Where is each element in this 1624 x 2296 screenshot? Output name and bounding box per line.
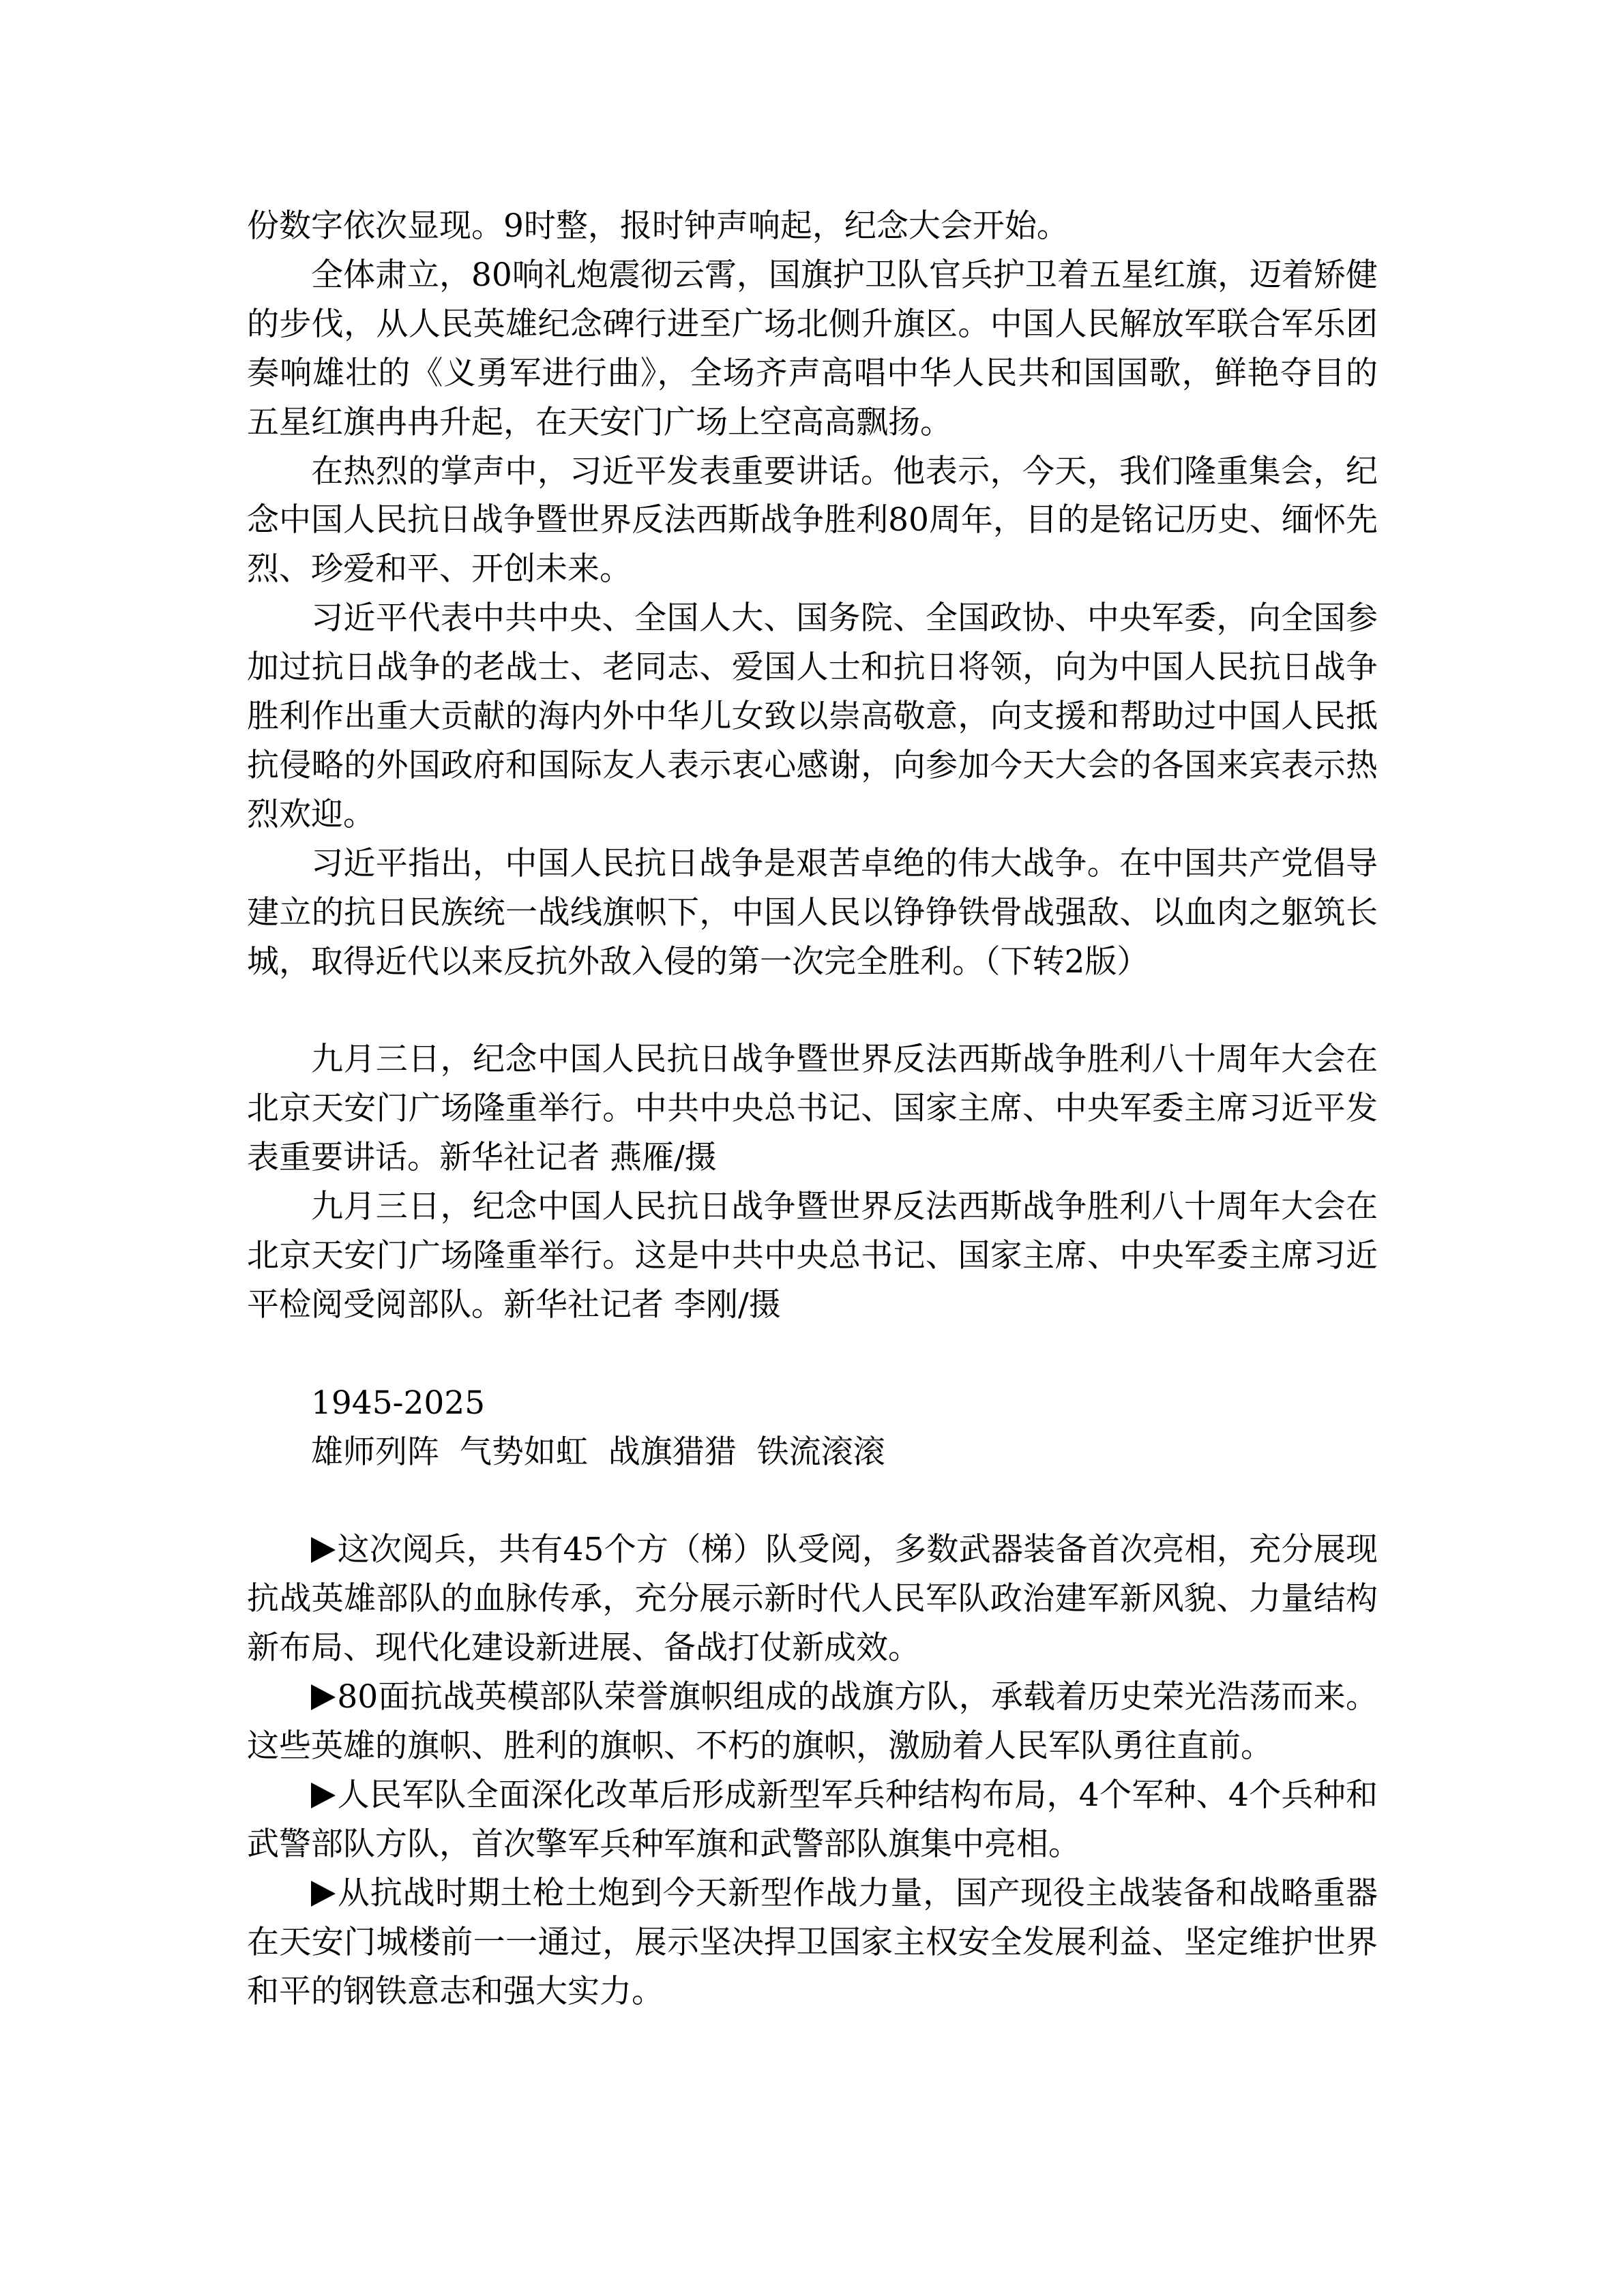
bullet-text: 80面抗战英模部队荣誉旗帜组成的战旗方队，承载着历史荣光浩荡而来。这些英雄的旗帜… <box>247 1678 1378 1765</box>
spacer <box>247 1330 1378 1379</box>
photo-captions: 九月三日，纪念中国人民抗日战争暨世界反法西斯战争胜利八十周年大会在北京天安门广场… <box>247 1035 1378 1329</box>
bullet-text: 从抗战时期土枪土炮到今天新型作战力量，国产现役主战装备和战略重器在天安门城楼前一… <box>247 1875 1378 2010</box>
parade-section: 1945-2025 雄师列阵 气势如虹 战旗猎猎 铁流滚滚 这次阅兵，共有45个… <box>247 1379 1378 2016</box>
article-paragraph: 习近平代表中共中央、全国人大、国务院、全国政协、中央军委，向全国参加过抗日战争的… <box>247 594 1378 839</box>
right-triangle-icon <box>311 1684 336 1710</box>
section-subtitle: 雄师列阵 气势如虹 战旗猎猎 铁流滚滚 <box>247 1428 1378 1477</box>
photo-caption: 九月三日，纪念中国人民抗日战争暨世界反法西斯战争胜利八十周年大会在北京天安门广场… <box>247 1035 1378 1182</box>
bullet-item: 从抗战时期土枪土炮到今天新型作战力量，国产现役主战装备和战略重器在天安门城楼前一… <box>247 1869 1378 2016</box>
right-triangle-icon <box>311 1783 336 1808</box>
bullet-item: 80面抗战英模部队荣誉旗帜组成的战旗方队，承载着历史荣光浩荡而来。这些英雄的旗帜… <box>247 1673 1378 1771</box>
spacer <box>247 987 1378 1036</box>
right-triangle-icon <box>311 1881 336 1907</box>
spacer <box>247 1477 1378 1526</box>
bullet-item: 人民军队全面深化改革后形成新型军兵种结构布局，4个军种、4个兵种和武警部队方队，… <box>247 1771 1378 1869</box>
section-years: 1945-2025 <box>247 1379 1378 1428</box>
article-paragraph: 在热烈的掌声中，习近平发表重要讲话。他表示，今天，我们隆重集会，纪念中国人民抗日… <box>247 447 1378 595</box>
bullet-text: 这次阅兵，共有45个方（梯）队受阅，多数武器装备首次亮相，充分展现抗战英雄部队的… <box>247 1531 1378 1667</box>
bullet-text: 人民军队全面深化改革后形成新型军兵种结构布局，4个军种、4个兵种和武警部队方队，… <box>247 1776 1378 1863</box>
bullet-item: 这次阅兵，共有45个方（梯）队受阅，多数武器装备首次亮相，充分展现抗战英雄部队的… <box>247 1525 1378 1673</box>
article-paragraph: 份数字依次显现。9时整，报时钟声响起，纪念大会开始。 <box>247 202 1378 251</box>
right-triangle-icon <box>311 1537 336 1563</box>
document-page: 份数字依次显现。9时整，报时钟声响起，纪念大会开始。 全体肃立，80响礼炮震彻云… <box>247 202 1378 2016</box>
photo-caption: 九月三日，纪念中国人民抗日战争暨世界反法西斯战争胜利八十周年大会在北京天安门广场… <box>247 1182 1378 1330</box>
article-paragraph: 全体肃立，80响礼炮震彻云霄，国旗护卫队官兵护卫着五星红旗，迈着矫健的步伐，从人… <box>247 251 1378 447</box>
article-paragraph: 习近平指出，中国人民抗日战争是艰苦卓绝的伟大战争。在中国共产党倡导建立的抗日民族… <box>247 839 1378 987</box>
article-body: 份数字依次显现。9时整，报时钟声响起，纪念大会开始。 全体肃立，80响礼炮震彻云… <box>247 202 1378 987</box>
